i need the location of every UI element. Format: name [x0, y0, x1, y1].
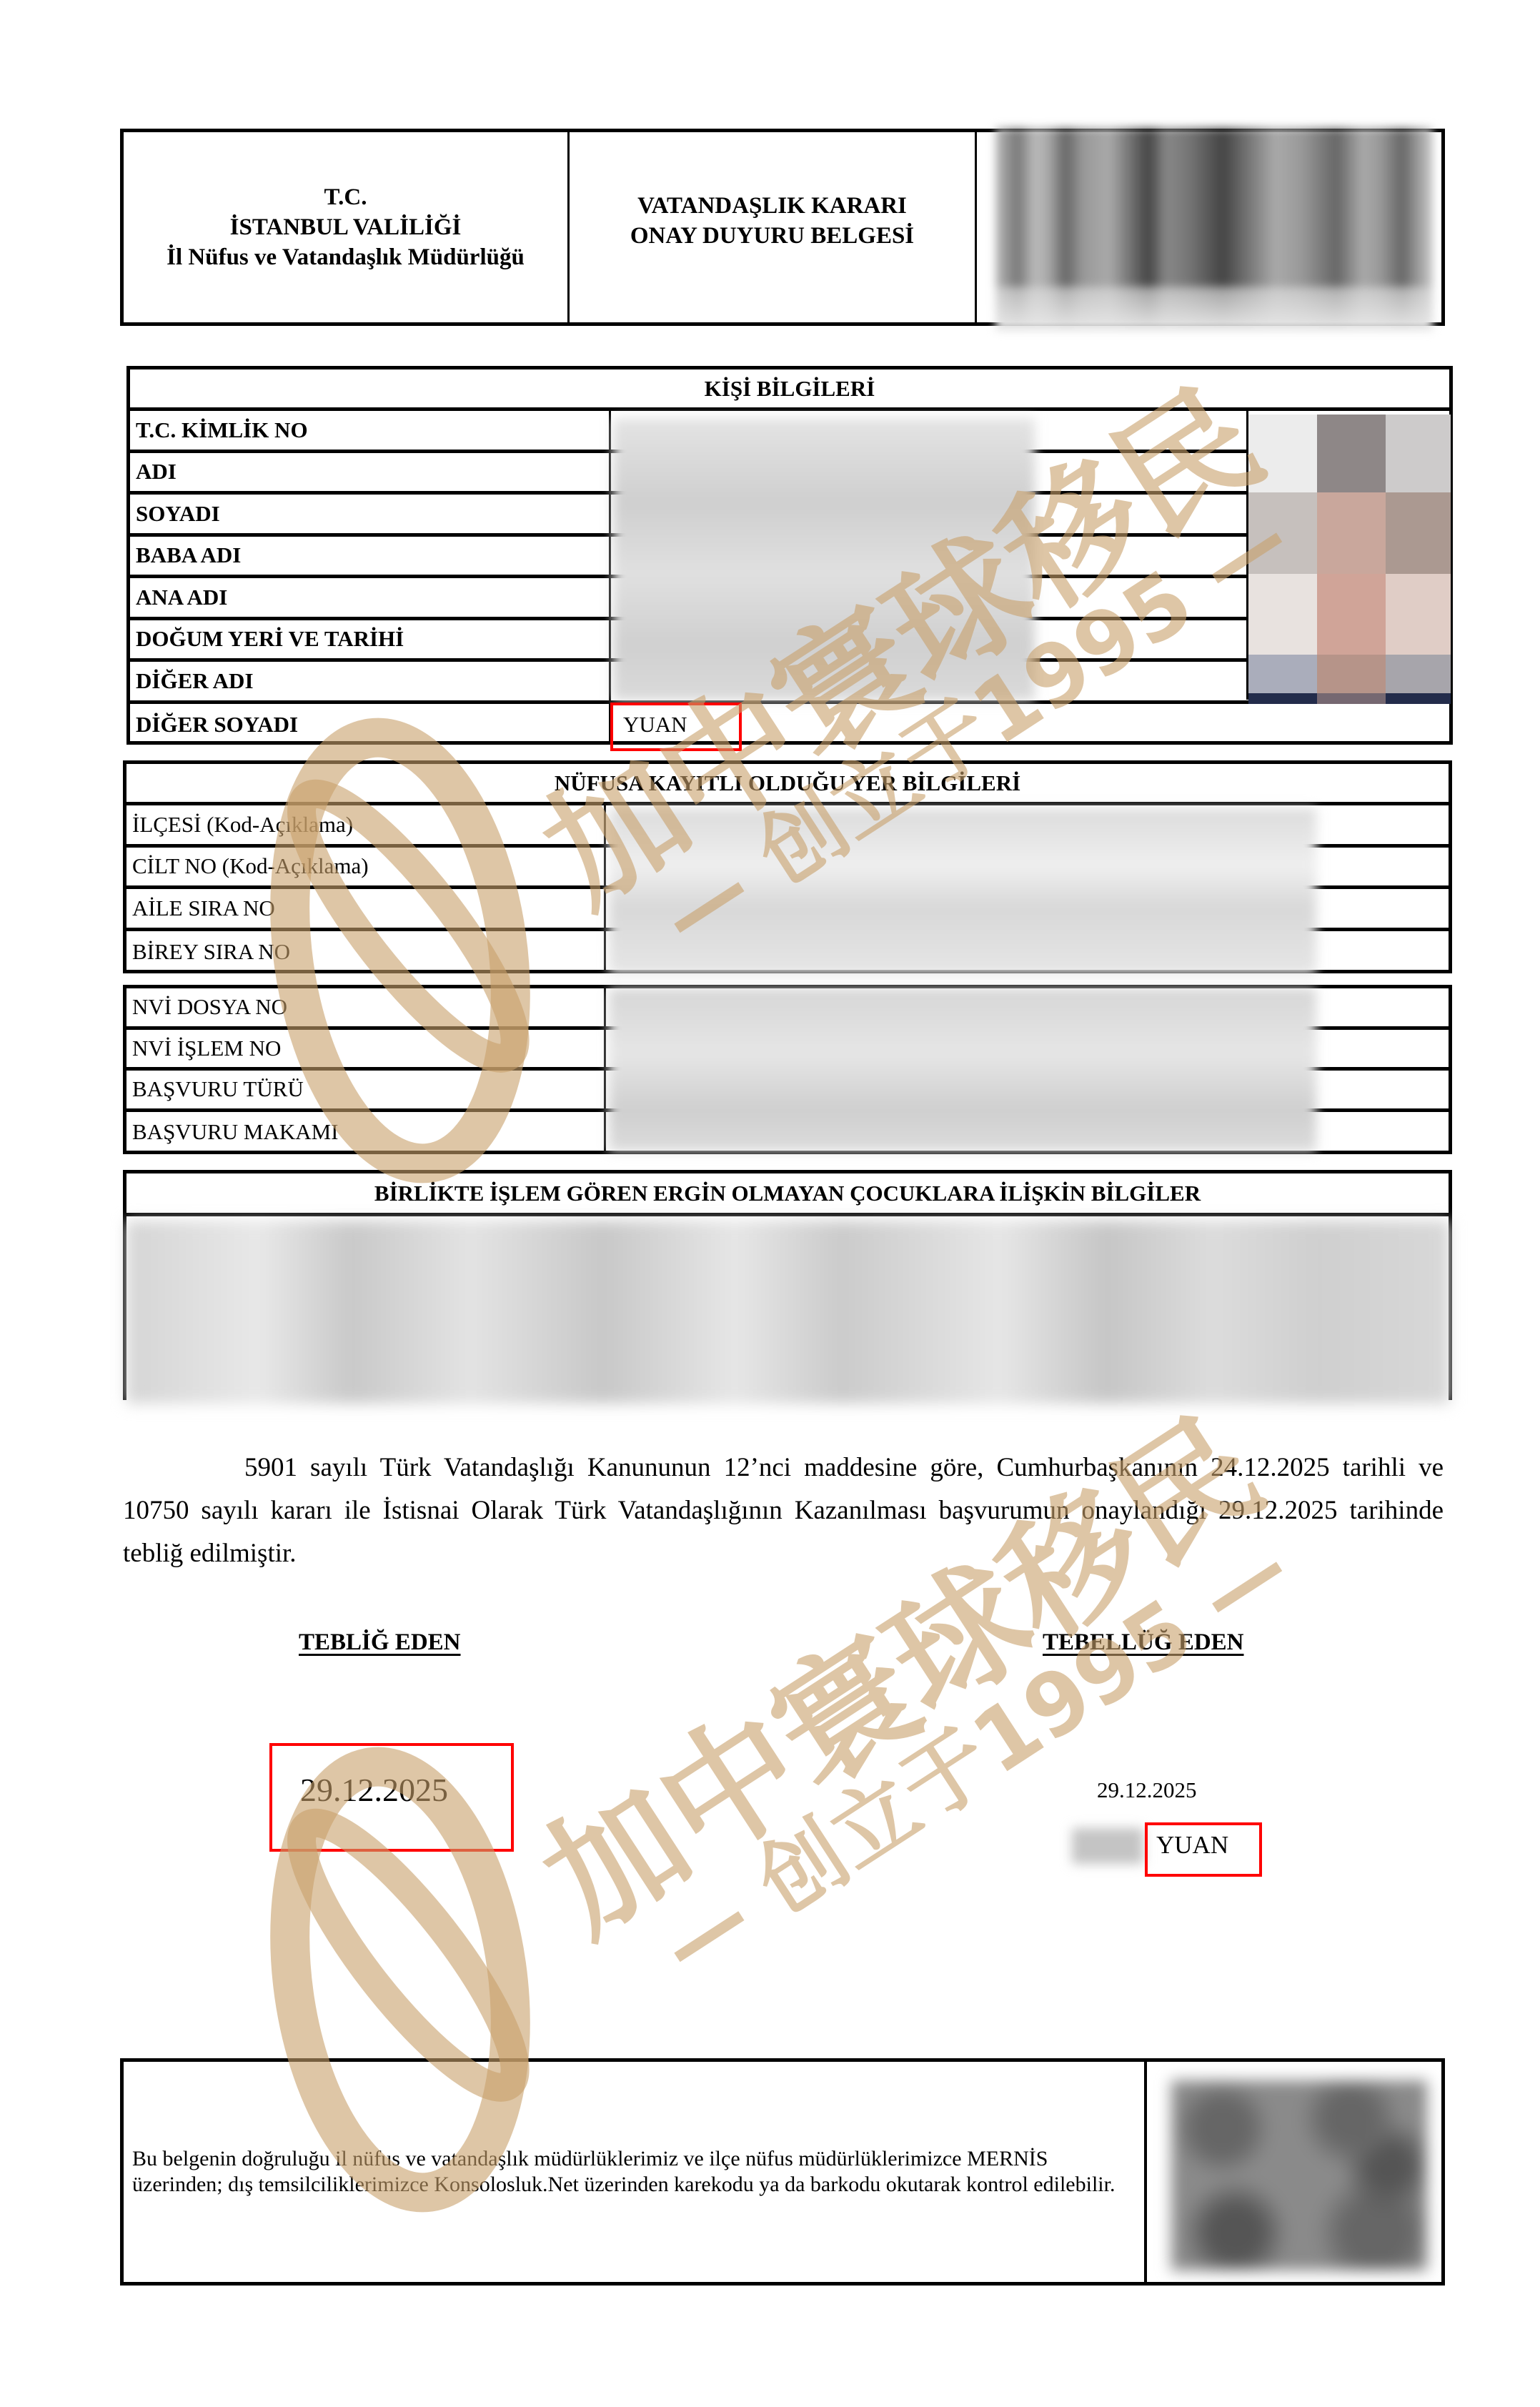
- nvi-table: NVİ DOSYA NONVİ İŞLEM NOBAŞVURU TÜRÜBAŞV…: [123, 985, 1452, 1154]
- redacted-children-table: [126, 1221, 1450, 1404]
- row-label: DİĞER ADI: [136, 662, 254, 700]
- row-label: SOYADI: [136, 495, 220, 533]
- barcode-image: [995, 128, 1433, 331]
- pixelated-photo: [1248, 415, 1451, 704]
- nufus-kayit-table: NÜFUSA KAYITLI OLDUĞU YER BİLGİLERİ İLÇE…: [123, 760, 1452, 973]
- row-label: DOĞUM YERİ VE TARİHİ: [136, 620, 404, 659]
- footer-divider: [1144, 2062, 1147, 2282]
- row-label: T.C. KİMLİK NO: [136, 411, 308, 450]
- document-title: VATANDAŞLIK KARARI ONAY DUYURU BELGESİ: [570, 132, 977, 322]
- redacted-values: [609, 808, 1316, 974]
- row-label: BİREY SIRA NO: [132, 931, 290, 973]
- title-line: VATANDAŞLIK KARARI: [637, 191, 907, 221]
- column-divider: [609, 411, 611, 741]
- row-label: ANA ADI: [136, 578, 227, 617]
- row-label: DİĞER SOYADI: [136, 704, 298, 746]
- decision-paragraph: 5901 sayılı Türk Vatandaşlığı Kanununun …: [123, 1446, 1444, 1575]
- title-line: ONAY DUYURU BELGESİ: [630, 221, 914, 251]
- section-title: NÜFUSA KAYITLI OLDUĞU YER BİLGİLERİ: [126, 764, 1449, 805]
- column-divider: [604, 805, 606, 970]
- issuer-line: T.C.: [324, 182, 367, 212]
- teblig-eden-title: TEBLİĞ EDEN: [299, 1629, 461, 1656]
- kisi-bilgileri-table: KİŞİ BİLGİLERİ T.C. KİMLİK NOADISOYADIBA…: [126, 366, 1453, 745]
- document-header: T.C. İSTANBUL VALİLİĞİ İl Nüfus ve Vatan…: [120, 129, 1445, 326]
- verification-text: Bu belgenin doğruluğu il nüfus ve vatand…: [132, 2062, 1140, 2282]
- row-label: AİLE SIRA NO: [132, 889, 275, 928]
- tebellug-eden-title: TEBELLÜĞ EDEN: [1043, 1629, 1244, 1656]
- row-label: BABA ADI: [136, 537, 241, 575]
- table-row: DİĞER SOYADI: [130, 704, 1449, 746]
- redacted-name: [1072, 1828, 1143, 1864]
- cocuk-bilgileri-table: BİRLİKTE İŞLEM GÖREN ERGİN OLMAYAN ÇOCUK…: [123, 1170, 1452, 1400]
- row-label: NVİ DOSYA NO: [132, 988, 287, 1026]
- section-title: BİRLİKTE İŞLEM GÖREN ERGİN OLMAYAN ÇOCUK…: [126, 1173, 1449, 1216]
- redacted-values: [609, 988, 1316, 1151]
- row-label: İLÇESİ (Kod-Açıklama): [132, 805, 353, 844]
- diger-soyadi-value: YUAN: [623, 705, 687, 744]
- row-label: CİLT NO (Kod-Açıklama): [132, 848, 369, 886]
- tebellug-date: 29.12.2025: [1097, 1777, 1197, 1803]
- row-label: ADI: [136, 453, 177, 492]
- redacted-values: [613, 418, 1035, 700]
- teblig-date: 29.12.2025: [300, 1771, 448, 1809]
- issuer-line: İSTANBUL VALİLİĞİ: [230, 212, 462, 242]
- column-divider: [604, 988, 606, 1151]
- watermark-sub-text: — 创立于1995 —: [643, 1518, 1307, 1997]
- section-title: KİŞİ BİLGİLERİ: [130, 369, 1449, 411]
- row-label: BAŞVURU TÜRÜ: [132, 1071, 304, 1108]
- issuer-line: İl Nüfus ve Vatandaşlık Müdürlüğü: [167, 242, 525, 272]
- row-label: NVİ İŞLEM NO: [132, 1030, 281, 1068]
- verification-footer: Bu belgenin doğruluğu il nüfus ve vatand…: [120, 2058, 1445, 2286]
- issuer-block: T.C. İSTANBUL VALİLİĞİ İl Nüfus ve Vatan…: [124, 132, 570, 322]
- row-label: BAŞVURU MAKAMI: [132, 1112, 339, 1153]
- tebellug-name: YUAN: [1156, 1831, 1228, 1860]
- qr-code-image: [1171, 2080, 1427, 2270]
